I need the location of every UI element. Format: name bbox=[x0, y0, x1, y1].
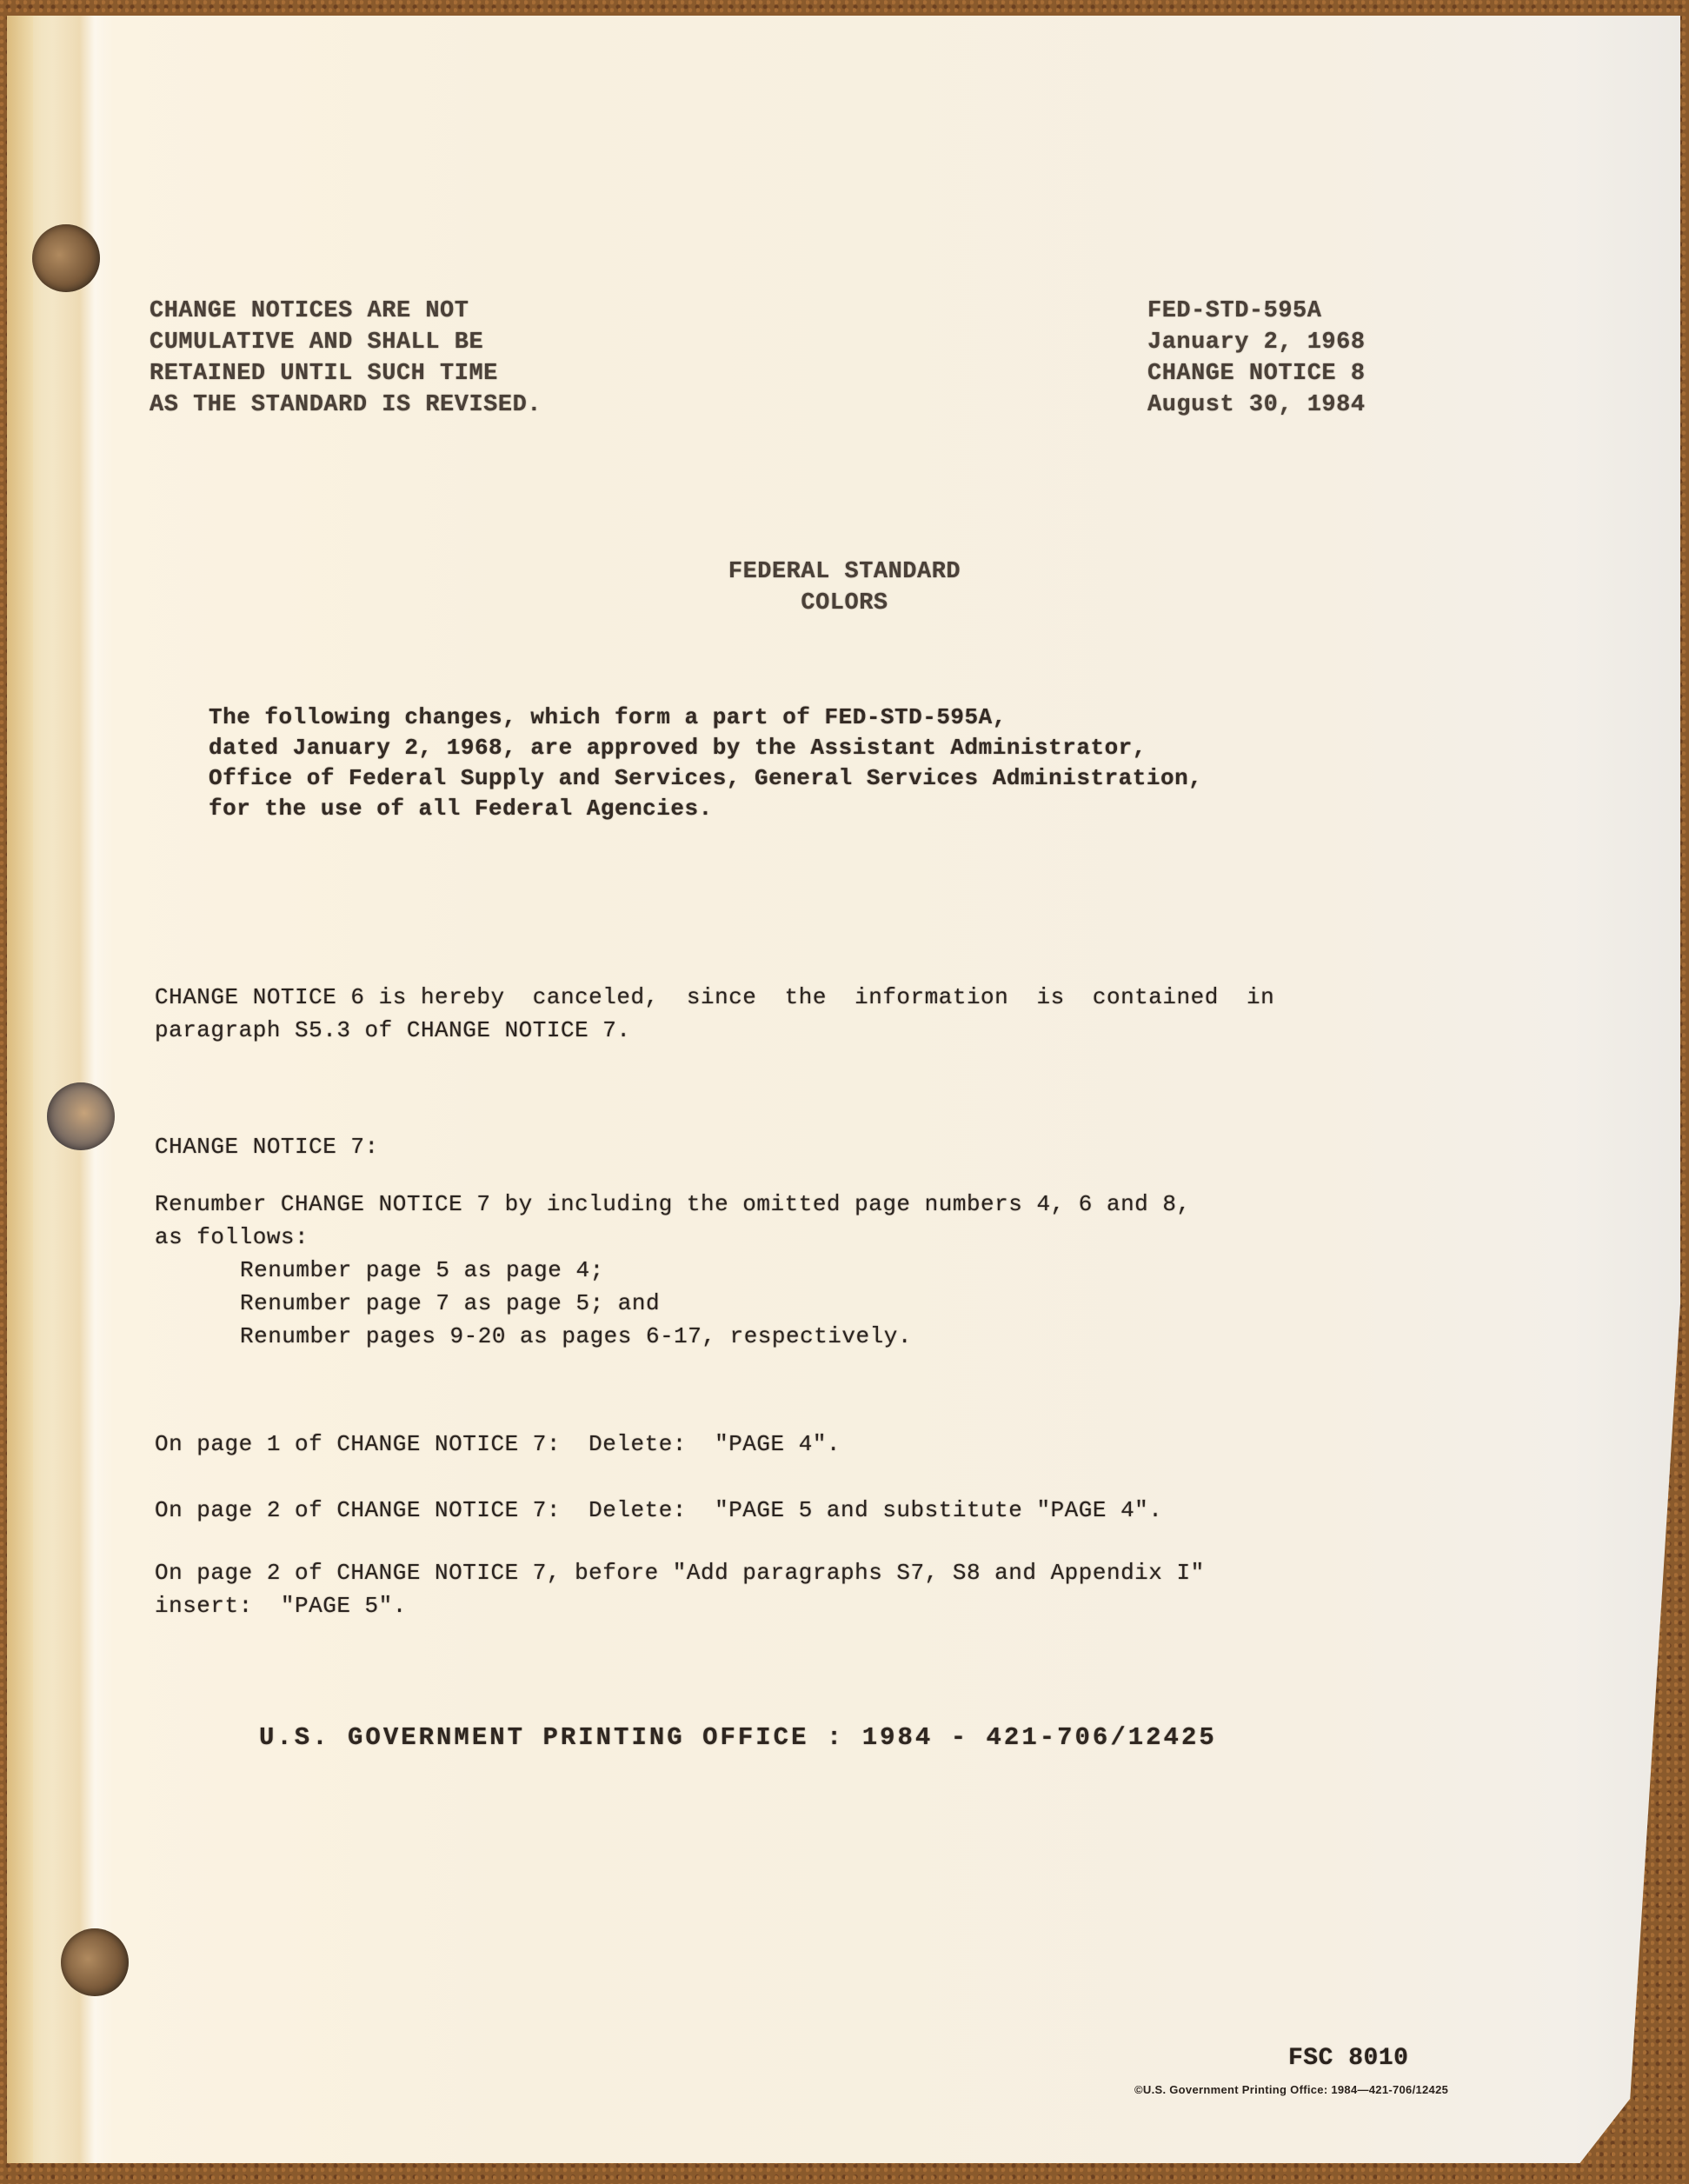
intro-line: dated January 2, 1968, are approved by t… bbox=[209, 733, 1202, 763]
paragraph-line: On page 2 of CHANGE NOTICE 7, before "Ad… bbox=[155, 1556, 1205, 1589]
standard-date: January 2, 1968 bbox=[1147, 327, 1366, 358]
change-notice-number: CHANGE NOTICE 8 bbox=[1147, 358, 1366, 390]
document-identifier: FED-STD-595AJanuary 2, 1968CHANGE NOTICE… bbox=[1147, 296, 1366, 421]
intro-paragraph: The following changes, which form a part… bbox=[209, 702, 1202, 824]
printing-office-imprint: ©U.S. Government Printing Office: 1984—4… bbox=[1134, 2083, 1448, 2096]
change-notice-disclaimer: CHANGE NOTICES ARE NOTCUMULATIVE AND SHA… bbox=[150, 296, 542, 421]
standard-number: FED-STD-595A bbox=[1147, 296, 1366, 327]
intro-line: Office of Federal Supply and Services, G… bbox=[209, 763, 1202, 794]
page2-insert-instruction: On page 2 of CHANGE NOTICE 7, before "Ad… bbox=[155, 1556, 1205, 1622]
punch-hole-top bbox=[32, 224, 100, 292]
page2-edit-instruction: On page 2 of CHANGE NOTICE 7: Delete: "P… bbox=[155, 1494, 1162, 1527]
fsc-code: FSC 8010 bbox=[1288, 2045, 1408, 2072]
paragraph-line: as follows: bbox=[155, 1221, 1191, 1254]
paragraph-line: paragraph S5.3 of CHANGE NOTICE 7. bbox=[155, 1014, 1274, 1047]
intro-line: The following changes, which form a part… bbox=[209, 702, 1202, 733]
paragraph-line: insert: "PAGE 5". bbox=[155, 1589, 1205, 1622]
paragraph-line: Renumber CHANGE NOTICE 7 by including th… bbox=[155, 1188, 1191, 1221]
page-edge bbox=[7, 16, 33, 2163]
document-title: FEDERAL STANDARDCOLORS bbox=[0, 556, 1689, 619]
disclaimer-line: RETAINED UNTIL SUCH TIME bbox=[150, 358, 542, 390]
change-notice-6-paragraph: CHANGE NOTICE 6 is hereby canceled, sinc… bbox=[155, 981, 1274, 1047]
change-notice-date: August 30, 1984 bbox=[1147, 390, 1366, 421]
renumber-item: Renumber pages 9-20 as pages 6-17, respe… bbox=[155, 1320, 1191, 1353]
paragraph-line: CHANGE NOTICE 6 is hereby canceled, sinc… bbox=[155, 981, 1274, 1014]
disclaimer-line: CUMULATIVE AND SHALL BE bbox=[150, 327, 542, 358]
change-notice-7-heading: CHANGE NOTICE 7: bbox=[155, 1130, 379, 1163]
punch-hole-bottom bbox=[61, 1928, 129, 1996]
subtitle-line: COLORS bbox=[0, 588, 1689, 619]
title-line: FEDERAL STANDARD bbox=[0, 556, 1689, 588]
punch-hole-middle bbox=[47, 1082, 115, 1150]
renumber-item: Renumber page 7 as page 5; and bbox=[155, 1287, 1191, 1320]
page1-edit-instruction: On page 1 of CHANGE NOTICE 7: Delete: "P… bbox=[155, 1428, 841, 1461]
renumber-instructions: Renumber CHANGE NOTICE 7 by including th… bbox=[155, 1188, 1191, 1353]
disclaimer-line: AS THE STANDARD IS REVISED. bbox=[150, 390, 542, 421]
renumber-item: Renumber page 5 as page 4; bbox=[155, 1254, 1191, 1287]
disclaimer-line: CHANGE NOTICES ARE NOT bbox=[150, 296, 542, 327]
printing-office-line: U.S. GOVERNMENT PRINTING OFFICE : 1984 -… bbox=[259, 1723, 1217, 1752]
intro-line: for the use of all Federal Agencies. bbox=[209, 794, 1202, 824]
